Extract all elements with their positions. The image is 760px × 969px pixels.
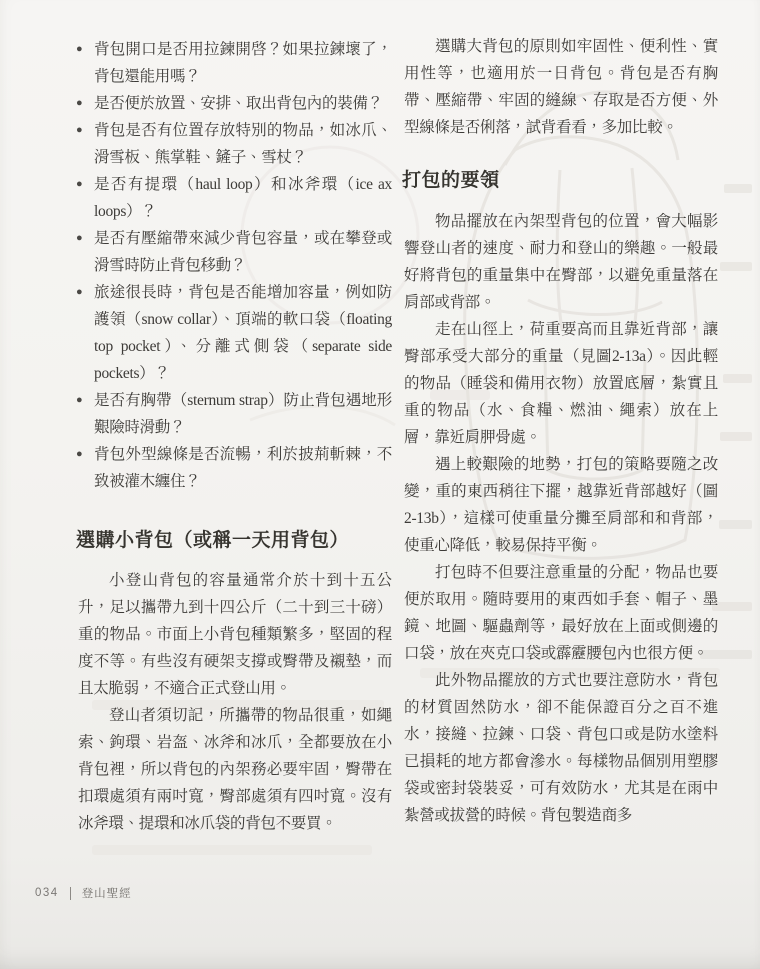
book-page-scan: ● 背包開口是否用拉鍊開啓？如果拉鍊壞了，背包還能用嗎？ ● 是否便於放置、安排… xyxy=(0,0,760,969)
bullet-icon: ● xyxy=(76,225,83,252)
checklist-item: ● 是否有胸帶（sternum strap）防止背包遇地形艱險時滑動？ xyxy=(78,387,392,441)
checklist-item-text: 背包是否有位置存放特別的物品，如冰爪、滑雪板、熊掌鞋、鏟子、雪杖？ xyxy=(94,122,392,166)
checklist-item: ● 是否便於放置、安排、取出背包內的裝備？ xyxy=(78,90,392,117)
bullet-icon: ● xyxy=(76,279,83,306)
checklist-item-text: 是否有壓縮帶來減少背包容量，或在攀登或滑雪時防止背包移動？ xyxy=(94,230,392,274)
book-title: 登山聖經 xyxy=(82,885,132,901)
left-column: ● 背包開口是否用拉鍊開啓？如果拉鍊壞了，背包還能用嗎？ ● 是否便於放置、安排… xyxy=(78,36,392,837)
bullet-icon: ● xyxy=(76,171,83,198)
checklist-item-text: 是否有提環（haul loop）和冰斧環（ice ax loops）？ xyxy=(94,176,392,220)
backpack-feature-checklist: ● 背包開口是否用拉鍊開啓？如果拉鍊壞了，背包還能用嗎？ ● 是否便於放置、安排… xyxy=(78,36,392,495)
bullet-icon: ● xyxy=(76,90,83,117)
section-heading-packing-essentials: 打包的要領 xyxy=(402,167,718,194)
bullet-icon: ● xyxy=(76,387,83,414)
paragraph-accessibility: 打包時不但要注意重量的分配，物品也要便於取用。隨時要用的東西如手套、帽子、墨鏡、… xyxy=(404,559,718,667)
checklist-item-text: 背包外型線條是否流暢，利於披荊斬棘，不致被灌木纏住？ xyxy=(94,446,392,490)
checklist-item: ● 背包開口是否用拉鍊開啓？如果拉鍊壞了，背包還能用嗎？ xyxy=(78,36,392,90)
paragraph-daypack-principles: 選購大背包的原則如牢固性、便利性、實用性等，也適用於一日背包。背包是否有胸帶、壓… xyxy=(404,33,718,141)
bullet-icon: ● xyxy=(76,117,83,144)
paragraph-waterproofing: 此外物品擺放的方式也要注意防水，背包的材質固然防水，卻不能保證百分之百不進水，接… xyxy=(404,667,718,829)
right-column: 選購大背包的原則如牢固性、便利性、實用性等，也適用於一日背包。背包是否有胸帶、壓… xyxy=(404,33,718,829)
bullet-icon: ● xyxy=(76,441,83,468)
checklist-item: ● 旅途很長時，背包是否能增加容量，例如防護領（snow collar）、頂端的… xyxy=(78,279,392,387)
bullet-icon: ● xyxy=(76,36,83,63)
paragraph-small-pack-requirements: 登山者須切記，所攜帶的物品很重，如繩索、鉤環、岩盔、冰斧和冰爪，全都要放在小背包… xyxy=(78,702,392,837)
paragraph-small-pack-capacity: 小登山背包的容量通常介於十到十五公升，足以攜帶九到十四公斤（二十到三十磅）重的物… xyxy=(78,567,392,702)
checklist-item-text: 是否有胸帶（sternum strap）防止背包遇地形艱險時滑動？ xyxy=(94,392,392,436)
page-footer: 034 登山聖經 xyxy=(35,885,132,901)
page-number: 034 xyxy=(35,887,59,899)
checklist-item-text: 旅途很長時，背包是否能增加容量，例如防護領（snow collar）、頂端的軟口… xyxy=(94,284,392,382)
paragraph-rough-terrain-loading: 遇上較艱險的地勢，打包的策略要隨之改變，重的東西稍往下擺，越靠近背部越好（圖2-… xyxy=(404,451,718,559)
checklist-item: ● 是否有壓縮帶來減少背包容量，或在攀登或滑雪時防止背包移動？ xyxy=(78,225,392,279)
checklist-item-text: 背包開口是否用拉鍊開啓？如果拉鍊壞了，背包還能用嗎？ xyxy=(94,41,392,85)
footer-divider xyxy=(70,887,71,900)
checklist-item: ● 背包是否有位置存放特別的物品，如冰爪、滑雪板、熊掌鞋、鏟子、雪杖？ xyxy=(78,117,392,171)
paragraph-trail-loading: 走在山徑上，荷重要高而且靠近背部，讓臀部承受大部分的重量（見圖2-13a）。因此… xyxy=(404,316,718,451)
checklist-item: ● 是否有提環（haul loop）和冰斧環（ice ax loops）？ xyxy=(78,171,392,225)
checklist-item: ● 背包外型線條是否流暢，利於披荊斬棘，不致被灌木纏住？ xyxy=(78,441,392,495)
section-heading-small-daypacks: 選購小背包（或稱一天用背包） xyxy=(76,527,392,554)
checklist-item-text: 是否便於放置、安排、取出背包內的裝備？ xyxy=(94,95,383,112)
paragraph-weight-placement: 物品擺放在內架型背包的位置，會大幅影響登山者的速度、耐力和登山的樂趣。一般最好將… xyxy=(404,208,718,316)
